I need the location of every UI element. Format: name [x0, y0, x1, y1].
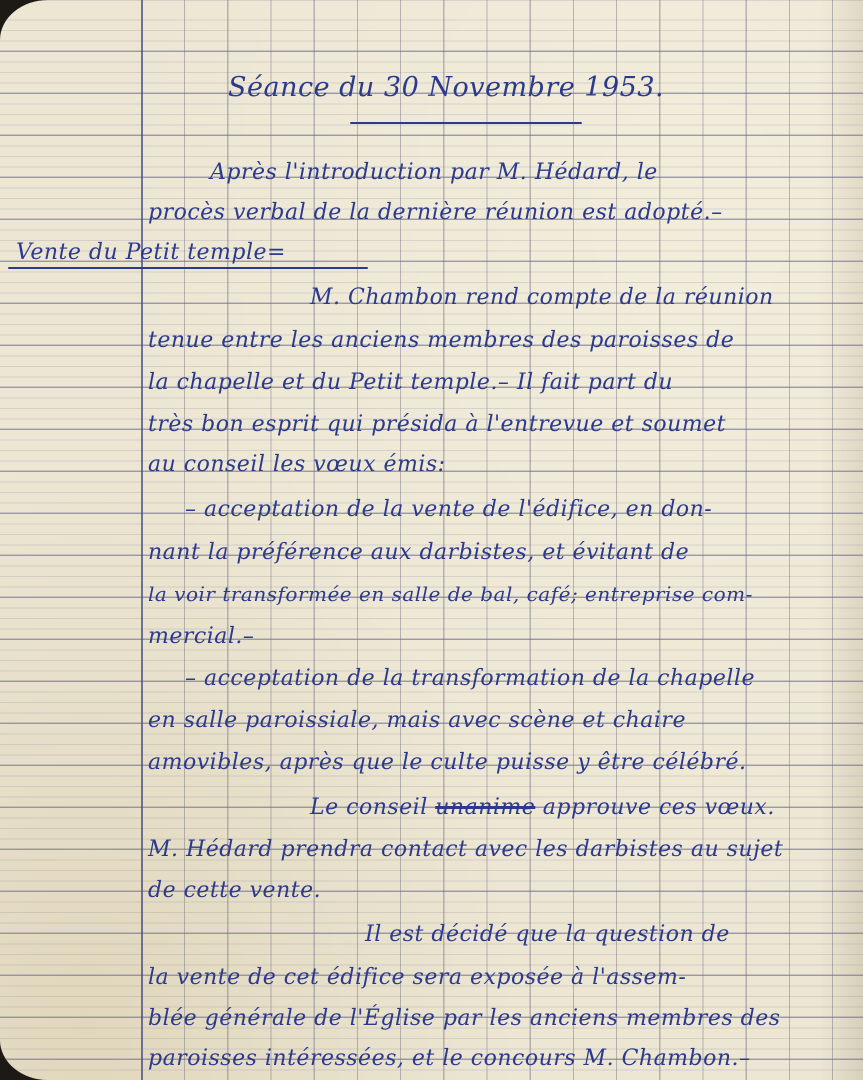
page-title: Séance du 30 Novembre 1953. [228, 72, 664, 103]
text-line: la voir transformée en salle de bal, caf… [148, 582, 753, 606]
text-line: amovibles, après que le culte puisse y ê… [148, 750, 747, 775]
text-line: la chapelle et du Petit temple.– Il fait… [148, 370, 673, 395]
text-line: M. Hédard prendra contact avec les darbi… [148, 837, 783, 862]
council-text-end: approuve ces vœux. [543, 795, 775, 820]
text-line: Il est décidé que la question de [365, 922, 730, 947]
text-line: – acceptation de la vente de l'édifice, … [185, 497, 712, 522]
text-line: la vente de cet édifice sera exposée à l… [148, 965, 686, 990]
council-approval-line: Le conseil unanime approuve ces vœux. [310, 795, 775, 820]
title-underline [350, 122, 582, 124]
struck-word: unanime [435, 795, 535, 820]
text-line: Après l'introduction par M. Hédard, le [210, 160, 658, 185]
text-line: de cette vente. [148, 878, 321, 903]
text-line: très bon esprit qui présida à l'entrevue… [148, 412, 726, 437]
text-line: blée générale de l'Église par les ancien… [148, 1006, 781, 1031]
heading-underline [8, 267, 368, 269]
text-line: en salle paroissiale, mais avec scène et… [148, 708, 686, 733]
text-line: – acceptation de la transformation de la… [185, 666, 755, 691]
text-line: tenue entre les anciens membres des paro… [148, 328, 734, 353]
council-text: Le conseil [310, 795, 428, 820]
notebook-page: Séance du 30 Novembre 1953. Vente du Pet… [0, 0, 863, 1080]
margin-line [141, 0, 143, 1080]
text-line: procès verbal de la dernière réunion est… [148, 200, 723, 225]
text-line: au conseil les vœux émis: [148, 452, 446, 477]
text-line: nant la préférence aux darbistes, et évi… [148, 540, 689, 565]
text-line: mercial.– [148, 624, 254, 649]
text-line: M. Chambon rend compte de la réunion [310, 285, 774, 310]
margin-heading: Vente du Petit temple= [16, 240, 286, 265]
text-line: paroisses intéressées, et le concours M.… [148, 1046, 751, 1071]
